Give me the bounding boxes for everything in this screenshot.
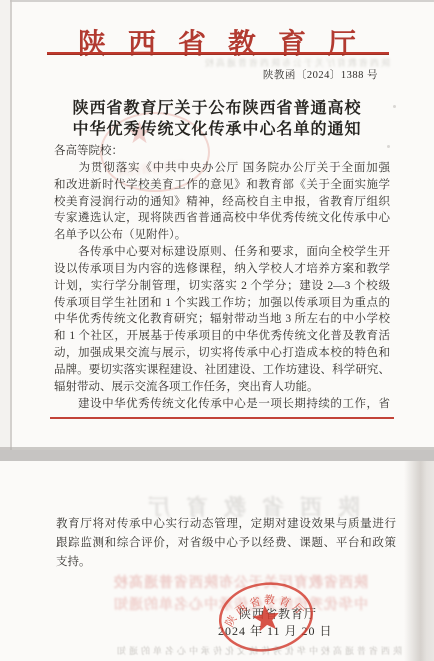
bleedthrough-footer-line: 陕西省普通高校中华优秀传统文化传承中心名单的通知 bbox=[30, 644, 402, 657]
page-separator bbox=[0, 450, 434, 461]
body-line: 中华优秀传统文化教育研究；辐射带动当地 3 所左右的中小学校 bbox=[54, 311, 390, 328]
body-line: 辐射带动、展示交流各项工作任务，突出育人功能。 bbox=[54, 379, 390, 396]
body-text-page1: 各高等院校： 为贯彻落实《中共中央办公厅 国务院办公厅关于全面加强和改进新时代学… bbox=[54, 143, 390, 413]
body-line: 计划，实行学分制管理，切实落实 2 个学分；建设 2—3 个校级 bbox=[54, 278, 390, 295]
body-line: 各传承中心要对标建设原则、任务和要求，面向全校学生开 bbox=[54, 244, 390, 261]
body-line: 建设中华优秀传统文化传承中心是一项长期持续的工作，省 bbox=[54, 396, 390, 413]
document-title-line1: 陕西省教育厅关于公布陕西省普通高校 bbox=[0, 95, 434, 118]
scan-speck bbox=[393, 105, 396, 108]
body-line: 专家遴选认定，现将陕西省普通高校中华优秀传统文化传承中心 bbox=[54, 210, 390, 227]
page-edge-left bbox=[10, 0, 12, 450]
scanned-document-view: 陕西省教育厅 陕西省教育厅关于公布陕西省普通高校 陕教函〔2024〕1388 号… bbox=[0, 0, 434, 661]
scan-speck bbox=[387, 145, 390, 148]
body-line: 教育厅将对传承中心实行动态管理，定期对建设效果与质量进行 bbox=[56, 515, 396, 534]
document-page-2: 陕西省教育厅 教育厅将对传承中心实行动态管理，定期对建设效果与质量进行跟踪监测和… bbox=[0, 461, 434, 661]
body-text-page2: 教育厅将对传承中心实行动态管理，定期对建设效果与质量进行跟踪监测和综合评价，对省… bbox=[56, 515, 396, 571]
body-line: 名单予以公布（见附件）。 bbox=[54, 227, 390, 244]
body-line: 校美育浸润行动的通知》精神，经高校自主申报，省教育厅组织 bbox=[54, 194, 390, 211]
body-line: 动，加强成果交流与展示，切实将传承中心打造成本校的特色和 bbox=[54, 345, 390, 362]
body-line: 支持。 bbox=[56, 553, 396, 572]
scan-fold-shadow bbox=[404, 461, 434, 661]
body-line: 设以传承项目为内容的选修课程，纳入学校人才培养方案和教学 bbox=[54, 261, 390, 278]
body-line: 和 1 个社区，开展基于传承项目的中华优秀传统文化普及教育活 bbox=[54, 328, 390, 345]
document-title-line2: 中华优秀传统文化传承中心名单的通知 bbox=[0, 116, 434, 139]
scan-margin-left bbox=[0, 0, 10, 450]
body-line: 各高等院校： bbox=[54, 143, 390, 160]
page-edge-top bbox=[0, 0, 434, 2]
body-line: 品牌。要切实落实课程建设、社团建设、工作坊建设、科学研究、 bbox=[54, 362, 390, 379]
document-number: 陕教函〔2024〕1388 号 bbox=[263, 67, 378, 82]
body-line: 为贯彻落实《中共中央办公厅 国务院办公厅关于全面加强 bbox=[54, 160, 390, 177]
body-line: 跟踪监测和综合评价，对省级中心予以经费、课题、平台和政策 bbox=[56, 534, 396, 553]
document-page-1: 陕西省教育厅 陕西省教育厅关于公布陕西省普通高校 陕教函〔2024〕1388 号… bbox=[0, 0, 434, 450]
body-line: 和改进新时代学校美育工作的意见》和教育部《关于全面实施学 bbox=[54, 177, 390, 194]
red-header-divider bbox=[47, 52, 389, 55]
body-line: 传承项目学生社团和 1 个实践工作坊；加强以传承项目为重点的 bbox=[54, 295, 390, 312]
red-footer-divider bbox=[50, 417, 394, 419]
